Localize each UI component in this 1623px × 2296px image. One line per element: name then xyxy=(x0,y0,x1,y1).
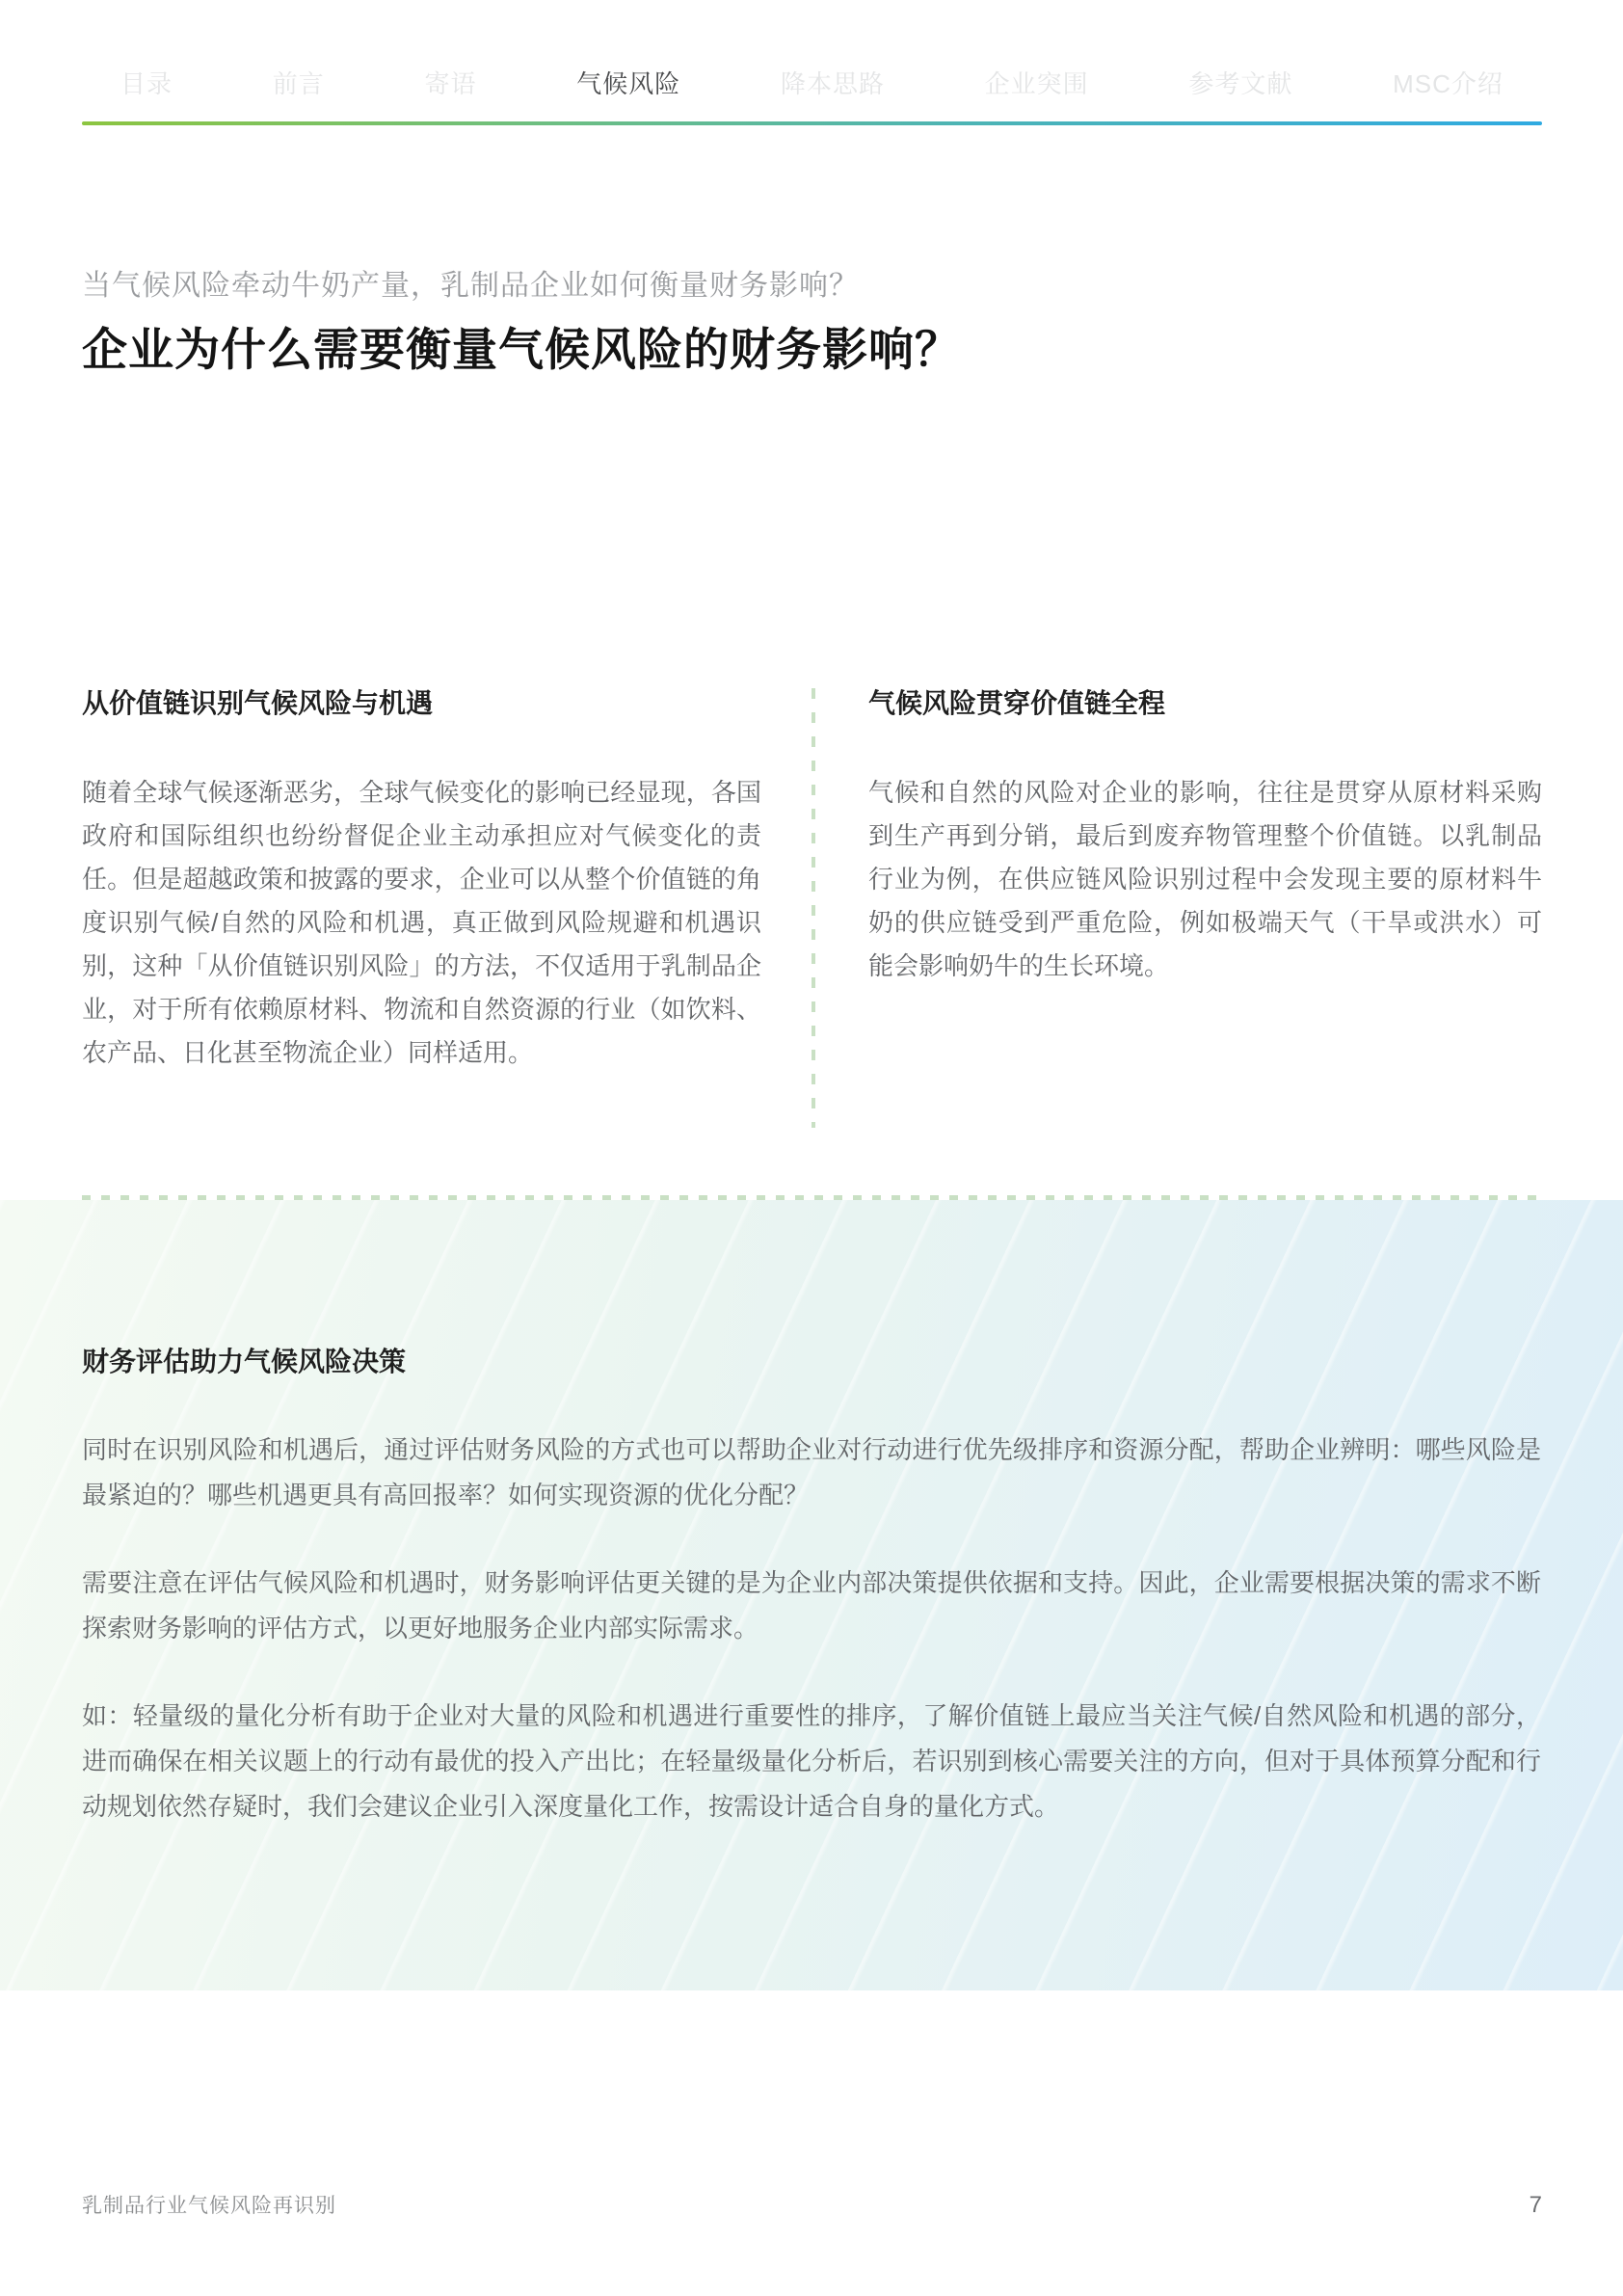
highlight-section: 财务评估助力气候风险决策 同时在识别风险和机遇后，通过评估财务风险的方式也可以帮… xyxy=(0,1200,1623,1990)
left-column-body: 随着全球气候逐渐恶劣，全球气候变化的影响已经显现，各国政府和国际组织也纷纷督促企… xyxy=(82,771,761,1075)
nav-tab-references[interactable]: 参考文献 xyxy=(1188,69,1292,98)
nav-gradient-underline xyxy=(82,121,1542,125)
column-right: 气候风险贯穿价值链全程 气候和自然的风险对企业的影响，往往是贯穿从原材料采购到生… xyxy=(868,686,1542,988)
highlight-section-heading: 财务评估助力气候风险决策 xyxy=(82,1345,1541,1379)
nav-tab-climate-risk[interactable]: 气候风险 xyxy=(576,69,680,98)
dashed-vertical-divider xyxy=(811,688,815,1128)
left-column-heading: 从价值链识别气候风险与机遇 xyxy=(82,686,761,721)
nav-tab-bar: 目录 前言 寄语 气候风险 降本思路 企业突围 参考文献 MSC介绍 xyxy=(82,69,1542,98)
column-left: 从价值链识别气候风险与机遇 随着全球气候逐渐恶劣，全球气候变化的影响已经显现，各… xyxy=(82,686,761,1075)
nav-tab-foreword[interactable]: 前言 xyxy=(273,69,325,98)
nav-tab-cost-reduction[interactable]: 降本思路 xyxy=(781,69,885,98)
page-subtitle: 当气候风险牵动牛奶产量，乳制品企业如何衡量财务影响？ xyxy=(82,268,1542,305)
document-page: 目录 前言 寄语 气候风险 降本思路 企业突围 参考文献 MSC介绍 当气候风险… xyxy=(0,0,1623,2296)
nav-tab-contents[interactable]: 目录 xyxy=(120,69,173,98)
right-column-body: 气候和自然的风险对企业的影响，往往是贯穿从原材料采购到生产再到分销，最后到废弃物… xyxy=(868,771,1542,988)
highlight-paragraph-3: 如：轻量级的量化分析有助于企业对大量的风险和机遇进行重要性的排序，了解价值链上最… xyxy=(82,1694,1541,1829)
nav-tab-msc-intro[interactable]: MSC介绍 xyxy=(1393,69,1503,98)
highlight-paragraph-1: 同时在识别风险和机遇后，通过评估财务风险的方式也可以帮助企业对行动进行优先级排序… xyxy=(82,1428,1541,1518)
footer-page-number: 7 xyxy=(1530,2192,1542,2219)
nav-tab-message[interactable]: 寄语 xyxy=(424,69,476,98)
nav-tab-breakthrough[interactable]: 企业突围 xyxy=(985,69,1089,98)
right-column-heading: 气候风险贯穿价值链全程 xyxy=(868,686,1542,721)
two-column-section: 从价值链识别气候风险与机遇 随着全球气候逐渐恶劣，全球气候变化的影响已经显现，各… xyxy=(82,686,1542,1128)
page-title: 企业为什么需要衡量气候风险的财务影响？ xyxy=(82,320,1542,380)
highlight-paragraph-2: 需要注意在评估气候风险和机遇时，财务影响评估更关键的是为企业内部决策提供依据和支… xyxy=(82,1561,1541,1651)
page-footer: 乳制品行业气候风险再识别 7 xyxy=(82,2190,1542,2219)
footer-document-title: 乳制品行业气候风险再识别 xyxy=(82,2190,336,2219)
header-block: 当气候风险牵动牛奶产量，乳制品企业如何衡量财务影响？ 企业为什么需要衡量气候风险… xyxy=(0,268,1623,380)
top-nav: 目录 前言 寄语 气候风险 降本思路 企业突围 参考文献 MSC介绍 xyxy=(0,0,1623,125)
